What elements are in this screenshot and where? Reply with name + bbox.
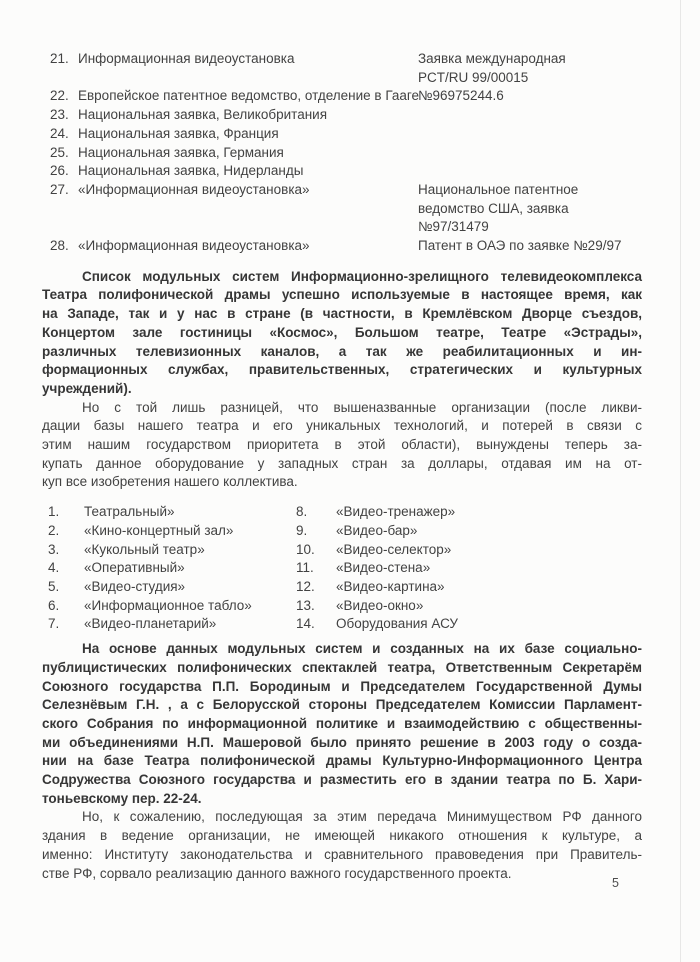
paragraph-line: дации базы нашего театра и его уникальны… xyxy=(42,417,642,436)
paragraph-line: здания в ведение организации, не имеющей… xyxy=(42,827,642,846)
patent-row-right-note xyxy=(418,125,642,144)
patent-row-21: 21.Информационная видеоустановка Заявка … xyxy=(50,50,642,87)
paragraph-line: этим нашим государством приоритета в это… xyxy=(42,436,642,455)
patent-row-right-note xyxy=(418,162,642,181)
item-label: «Видео-окно» xyxy=(336,597,642,616)
item-label: «Кино-концертный зал» xyxy=(84,522,296,541)
patent-row-left: 23.Национальная заявка, Великобритания xyxy=(50,106,418,125)
paragraph-building-transfer: Но, к сожалению, последующая за этим пер… xyxy=(42,808,642,883)
row-number: 25. xyxy=(50,144,72,163)
row-number: 22. xyxy=(50,87,72,106)
paragraph-decision-2003: На основе данных модульных систем и созд… xyxy=(42,640,642,808)
paragraph-line: ского Собрания по информационной политик… xyxy=(42,715,642,734)
paragraph-line: публицистических полифонических спектакл… xyxy=(42,659,642,678)
page-content: 21.Информационная видеоустановка Заявка … xyxy=(42,50,642,886)
patent-row-26: 26.Национальная заявка, Нидерланды xyxy=(50,162,642,181)
paragraph-line: Содружества Союзного государства и разме… xyxy=(42,771,642,790)
patent-row-left: 21.Информационная видеоустановка xyxy=(50,50,418,87)
patent-row-right-note: Национальное патентное ведомство США, за… xyxy=(418,181,642,237)
paragraph-line: купать данное оборудование у западных ст… xyxy=(42,455,642,474)
paragraph-line: формационных службах, правительственных,… xyxy=(42,361,642,380)
list-row: 1. Театральный» 8. «Видео-тренажер» xyxy=(48,503,642,522)
paragraph-line: Театра полифонической драмы успешно испо… xyxy=(42,286,642,305)
patent-row-24: 24.Национальная заявка, Франция xyxy=(50,125,642,144)
item-label: «Видео-бар» xyxy=(336,522,642,541)
paragraph-line: нии на базе Театра полифонической драмы … xyxy=(42,752,642,771)
row-number: 27. xyxy=(50,181,72,200)
right-note-line: №97/31479 xyxy=(418,218,642,237)
item-label: «Видео-картина» xyxy=(336,578,642,597)
row-number: 28. xyxy=(50,237,72,256)
item-number: 8. xyxy=(296,503,336,522)
row-number: 23. xyxy=(50,106,72,125)
page-number: 5 xyxy=(612,876,619,890)
item-number: 1. xyxy=(48,503,84,522)
patent-row-left: 25.Национальная заявка, Германия xyxy=(50,144,418,163)
row-title: Национальная заявка, Нидерланды xyxy=(78,163,303,178)
item-label: «Кукольный театр» xyxy=(84,541,296,560)
row-title: «Информационная видеоустановка» xyxy=(78,238,310,253)
item-label: «Видео-планетарий» xyxy=(84,615,296,634)
list-row: 7. «Видео-планетарий» 14. Оборудования А… xyxy=(48,615,642,634)
paragraph-modular-systems-intro: Список модульных систем Информационно-зр… xyxy=(42,268,642,399)
paragraph-line: Союзного государства П.П. Бородиным и Пр… xyxy=(42,678,642,697)
scanned-document-page: 21.Информационная видеоустановка Заявка … xyxy=(0,0,700,962)
item-number: 11. xyxy=(296,559,336,578)
item-number: 2. xyxy=(48,522,84,541)
patent-row-27: 27.«Информационная видеоустановка» Нацио… xyxy=(50,181,642,237)
list-row: 4. «Оперативный» 11. «Видео-стена» xyxy=(48,559,642,578)
modular-systems-list: 1. Театральный» 8. «Видео-тренажер» 2. «… xyxy=(48,503,642,634)
item-number: 6. xyxy=(48,597,84,616)
item-number: 10. xyxy=(296,541,336,560)
paragraph-line: стве РФ, сорвало реализацию данного важн… xyxy=(42,865,642,884)
paragraph-line: Список модульных систем Информационно-зр… xyxy=(42,268,642,287)
patent-row-25: 25.Национальная заявка, Германия xyxy=(50,144,642,163)
item-number: 14. xyxy=(296,615,336,634)
item-label: Театральный» xyxy=(84,503,296,522)
patent-row-right-note: Заявка международная PCT/RU 99/00015 xyxy=(418,50,642,87)
paragraph-line: на Западе, так и у нас в стране (в частн… xyxy=(42,305,642,324)
paragraph-line: Но с той лишь разницей, что вышеназванны… xyxy=(42,399,642,418)
right-note-line: Заявка международная xyxy=(418,50,642,69)
item-number: 13. xyxy=(296,597,336,616)
item-label: «Видео-тренажер» xyxy=(336,503,642,522)
row-number: 21. xyxy=(50,50,72,69)
item-label: Оборудования АСУ xyxy=(336,615,642,634)
patent-row-22: 22.Европейское патентное ведомство, отде… xyxy=(50,87,642,106)
patent-row-left: 24.Национальная заявка, Франция xyxy=(50,125,418,144)
patent-row-right-note: №96975244.6 xyxy=(418,87,642,106)
item-label: «Информационное табло» xyxy=(84,597,296,616)
row-title: Национальная заявка, Франция xyxy=(78,126,279,141)
item-label: «Видео-стена» xyxy=(336,559,642,578)
list-row: 6. «Информационное табло» 13. «Видео-окн… xyxy=(48,597,642,616)
right-note-line: Патент в ОАЭ по заявке №29/97 xyxy=(418,237,642,256)
scan-edge-artifact xyxy=(680,0,681,962)
patent-row-left: 27.«Информационная видеоустановка» xyxy=(50,181,418,237)
row-number: 26. xyxy=(50,162,72,181)
patent-row-28: 28.«Информационная видеоустановка» Патен… xyxy=(50,237,642,256)
paragraph-line: На основе данных модульных систем и созд… xyxy=(42,640,642,659)
paragraph-line: различных телевизионных каналов, а так ж… xyxy=(42,343,642,362)
patent-row-left: 28.«Информационная видеоустановка» xyxy=(50,237,418,256)
patent-row-right-note xyxy=(418,144,642,163)
item-number: 9. xyxy=(296,522,336,541)
list-row: 2. «Кино-концертный зал» 9. «Видео-бар» xyxy=(48,522,642,541)
right-note-line: №96975244.6 xyxy=(418,87,642,106)
item-number: 12. xyxy=(296,578,336,597)
row-title: Национальная заявка, Великобритания xyxy=(78,107,327,122)
item-number: 7. xyxy=(48,615,84,634)
item-label: «Видео-студия» xyxy=(84,578,296,597)
patent-row-right-note: Патент в ОАЭ по заявке №29/97 xyxy=(418,237,642,256)
paragraph-line: Но, к сожалению, последующая за этим пер… xyxy=(42,808,642,827)
paragraph-line: куп все изобретения нашего коллектива. xyxy=(42,473,642,492)
row-number: 24. xyxy=(50,125,72,144)
item-number: 4. xyxy=(48,559,84,578)
patent-row-left: 26.Национальная заявка, Нидерланды xyxy=(50,162,418,181)
list-row: 3. «Кукольный театр» 10. «Видео-селектор… xyxy=(48,541,642,560)
paragraph-line: учреждений). xyxy=(42,380,642,399)
list-row: 5. «Видео-студия» 12. «Видео-картина» xyxy=(48,578,642,597)
paragraph-line: Селезнёвым Г.Н. , а с Белорусской сторон… xyxy=(42,696,642,715)
paragraph-line: Концертом зале гостиницы «Космос», Больш… xyxy=(42,324,642,343)
patent-application-list: 21.Информационная видеоустановка Заявка … xyxy=(42,50,642,256)
right-note-line: ведомство США, заявка xyxy=(418,200,642,219)
row-title: Национальная заявка, Германия xyxy=(78,145,284,160)
item-label: «Видео-селектор» xyxy=(336,541,642,560)
paragraph-line: ми объединениями Н.П. Машеровой было при… xyxy=(42,734,642,753)
row-title: Европейское патентное ведомство, отделен… xyxy=(78,88,419,103)
right-note-line: Национальное патентное xyxy=(418,181,642,200)
row-title: Информационная видеоустановка xyxy=(78,51,295,66)
item-number: 5. xyxy=(48,578,84,597)
paragraph-difference: Но с той лишь разницей, что вышеназванны… xyxy=(42,399,642,493)
item-label: «Оперативный» xyxy=(84,559,296,578)
patent-row-right-note xyxy=(418,106,642,125)
row-title: «Информационная видеоустановка» xyxy=(78,182,310,197)
patent-row-23: 23.Национальная заявка, Великобритания xyxy=(50,106,642,125)
item-number: 3. xyxy=(48,541,84,560)
paragraph-line: именно: Институту законодательства и сра… xyxy=(42,846,642,865)
patent-row-left: 22.Европейское патентное ведомство, отде… xyxy=(50,87,418,106)
right-note-line: PCT/RU 99/00015 xyxy=(418,69,642,88)
paragraph-line: тоньевскому пер. 22-24. xyxy=(42,790,642,809)
